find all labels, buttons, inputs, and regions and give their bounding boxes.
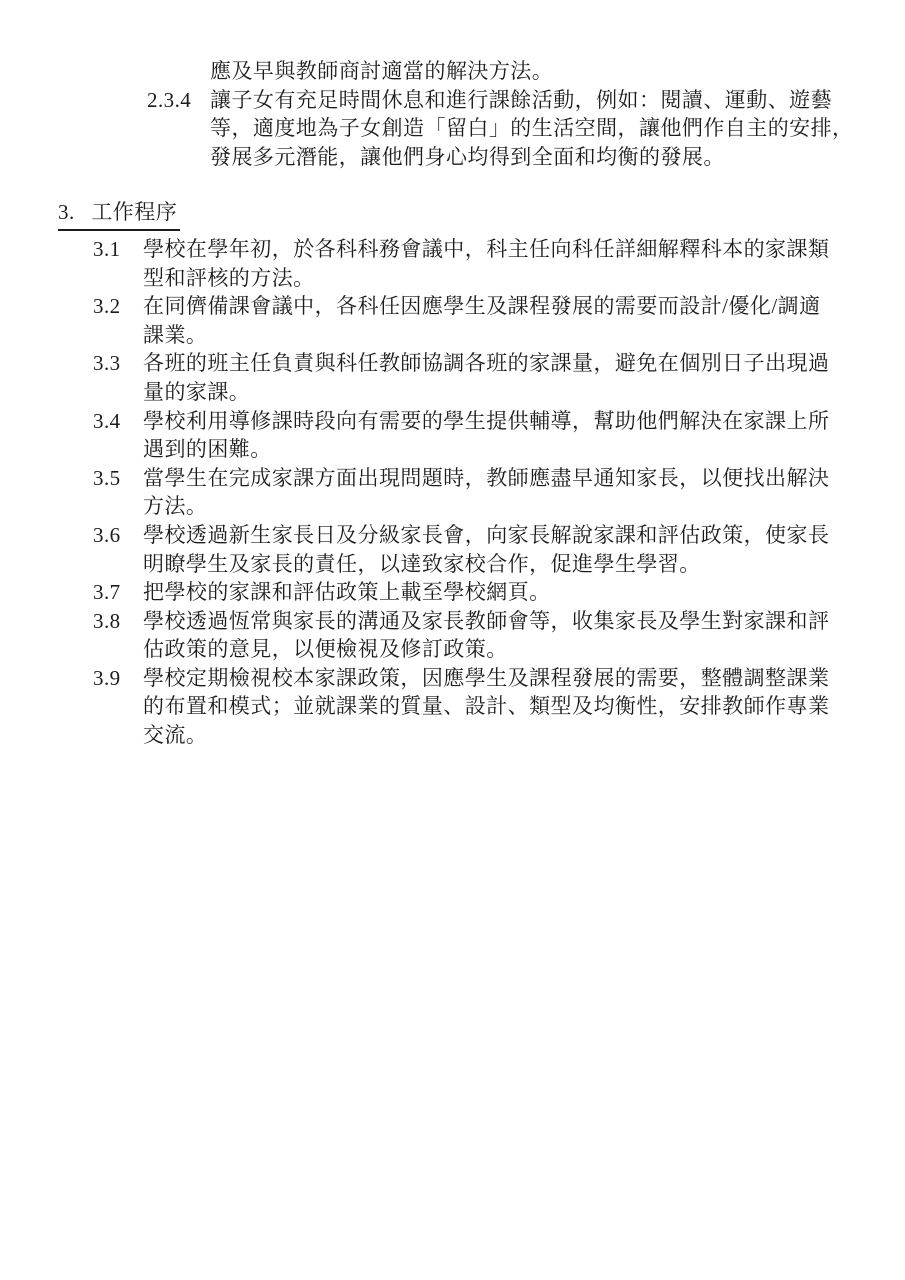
item-text: 學校透過恆常與家長的溝通及家長教師會等，收集家長及學生對家課和評 估政策的意見，… bbox=[143, 607, 829, 664]
item-number: 3.1 bbox=[93, 235, 143, 264]
section-heading-underline: 3. 工作程序 bbox=[58, 198, 180, 231]
item-text: 學校定期檢視校本家課政策，因應學生及課程發展的需要，整體調整課業 的布置和模式；… bbox=[143, 664, 829, 750]
list-item-3-9: 3.9 學校定期檢視校本家課政策，因應學生及課程發展的需要，整體調整課業 的布置… bbox=[93, 664, 905, 750]
item-text: 把學校的家課和評估政策上載至學校網頁。 bbox=[143, 578, 551, 607]
item-text: 學校在學年初，於各科科務會議中，科主任向科任詳細解釋科本的家課類 型和評核的方法… bbox=[143, 235, 829, 292]
document-page: 應及早與教師商討適當的解決方法。 2.3.4 讓子女有充足時間休息和進行課餘活動… bbox=[0, 0, 905, 1280]
list-item-2-3-4: 2.3.4 讓子女有充足時間休息和進行課餘活動，例如：閱讀、運動、遊藝 等，適度… bbox=[147, 86, 905, 172]
list-item-3-4: 3.4 學校利用導修課時段向有需要的學生提供輔導，幫助他們解決在家課上所 遇到的… bbox=[93, 407, 905, 464]
item-number: 3.7 bbox=[93, 578, 143, 607]
list-item-3-1: 3.1 學校在學年初，於各科科務會議中，科主任向科任詳細解釋科本的家課類 型和評… bbox=[93, 235, 905, 292]
item-text: 學校透過新生家長日及分級家長會，向家長解說家課和評估政策，使家長 明瞭學生及家長… bbox=[143, 521, 829, 578]
item-number: 3.9 bbox=[93, 664, 143, 693]
list-item-3-5: 3.5 當學生在完成家課方面出現問題時，教師應盡早通知家長，以便找出解決 方法。 bbox=[93, 464, 905, 521]
list-item-3-7: 3.7 把學校的家課和評估政策上載至學校網頁。 bbox=[93, 578, 905, 607]
item-number: 3.2 bbox=[93, 292, 143, 321]
item-text: 讓子女有充足時間休息和進行課餘活動，例如：閱讀、運動、遊藝 等，適度地為子女創造… bbox=[210, 86, 854, 172]
item-number: 3.3 bbox=[93, 349, 143, 378]
section-title: 工作程序 bbox=[91, 200, 177, 224]
list-item-3-3: 3.3 各班的班主任負責與科任教師協調各班的家課量，避免在個別日子出現過 量的家… bbox=[93, 349, 905, 406]
item-number: 3.5 bbox=[93, 464, 143, 493]
list-item-3-2: 3.2 在同儕備課會議中，各科任因應學生及課程發展的需要而設計/優化/調適 課業… bbox=[93, 292, 905, 349]
section-heading: 3. 工作程序 bbox=[58, 198, 905, 231]
item-number: 3.8 bbox=[93, 607, 143, 636]
item-text: 學校利用導修課時段向有需要的學生提供輔導，幫助他們解決在家課上所 遇到的困難。 bbox=[143, 407, 829, 464]
item-number: 3.6 bbox=[93, 521, 143, 550]
item-number: 2.3.4 bbox=[147, 86, 210, 115]
list-item-3-8: 3.8 學校透過恆常與家長的溝通及家長教師會等，收集家長及學生對家課和評 估政策… bbox=[93, 607, 905, 664]
section-number: 3. bbox=[58, 200, 75, 224]
item-text: 當學生在完成家課方面出現問題時，教師應盡早通知家長，以便找出解決 方法。 bbox=[143, 464, 829, 521]
list-item-3-6: 3.6 學校透過新生家長日及分級家長會，向家長解說家課和評估政策，使家長 明瞭學… bbox=[93, 521, 905, 578]
page-content: 應及早與教師商討適當的解決方法。 2.3.4 讓子女有充足時間休息和進行課餘活動… bbox=[0, 0, 905, 750]
item-number: 3.4 bbox=[93, 407, 143, 436]
item-text: 各班的班主任負責與科任教師協調各班的家課量，避免在個別日子出現過 量的家課。 bbox=[143, 349, 829, 406]
continuation-line: 應及早與教師商討適當的解決方法。 bbox=[210, 57, 905, 86]
item-text: 在同儕備課會議中，各科任因應學生及課程發展的需要而設計/優化/調適 課業。 bbox=[143, 292, 821, 349]
